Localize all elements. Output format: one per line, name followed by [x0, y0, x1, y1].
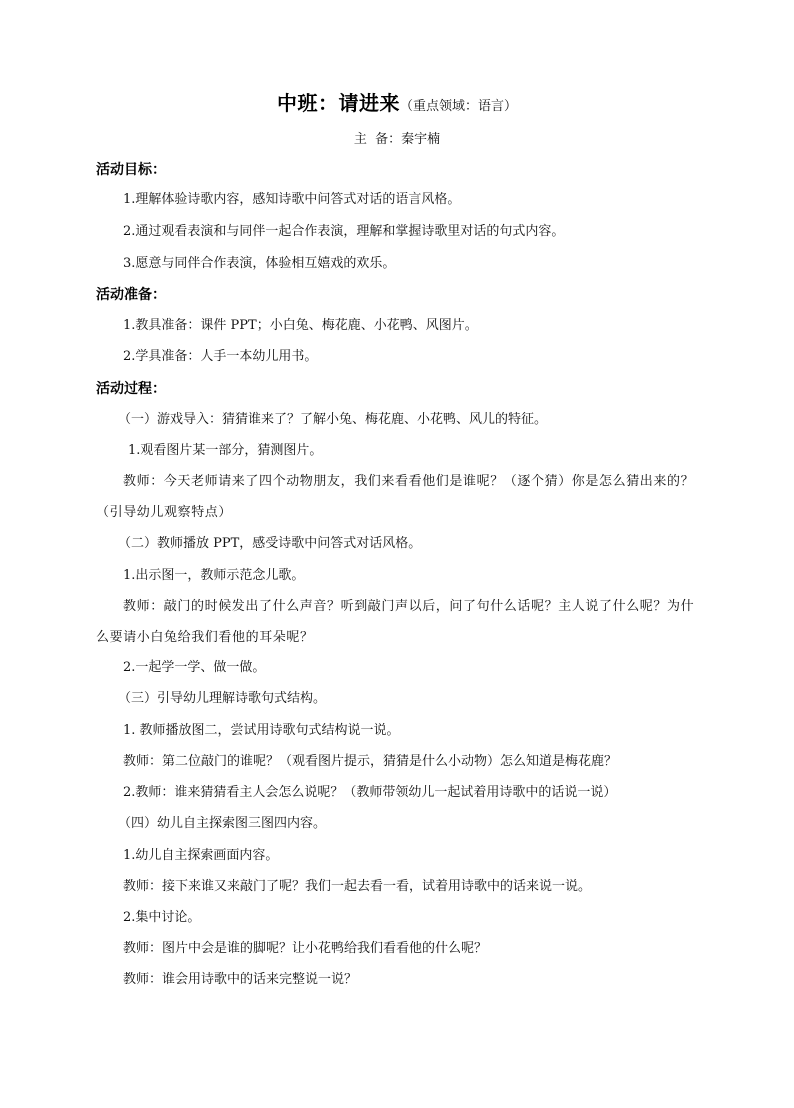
- process-line: 教师：第二位敲门的谁呢？（观看图片提示，猜猜是什么小动物）怎么知道是梅花鹿？: [123, 752, 617, 772]
- heading-goals: 活动目标：: [96, 160, 166, 180]
- document-page: 中班：请进来（重点领域：语言） 主 备：秦宇楠 活动目标： 1.理解体验诗歌内容…: [0, 0, 794, 1108]
- process-step-title: （一）游戏导入：猜猜谁来了？了解小兔、梅花鹿、小花鸭、风儿的特征。: [118, 410, 547, 430]
- process-line: 2.集中讨论。: [123, 908, 200, 928]
- preparation-item: 2.学具准备：人手一本幼儿用书。: [123, 347, 317, 367]
- process-line: 1. 教师播放图二，尝试用诗歌句式结构说一说。: [123, 721, 400, 741]
- title-domain: （重点领域：语言）: [400, 99, 517, 114]
- heading-preparation: 活动准备：: [96, 285, 166, 305]
- process-paragraph: 教师：今天老师请来了四个动物朋友，我们来看看他们是谁呢？（逐个猜）你是怎么猜出来…: [96, 466, 698, 528]
- process-step-title: （四）幼儿自主探索图三图四内容。: [118, 814, 326, 834]
- process-line: 教师：谁会用诗歌中的话来完整说一说？: [123, 970, 357, 990]
- process-line: 1.出示图一，教师示范念儿歌。: [123, 566, 304, 586]
- process-step-title: （二）教师播放 PPT，感受诗歌中问答式对话风格。: [118, 534, 421, 554]
- goal-item: 2.通过观看表演和与同伴一起合作表演，理解和掌握诗歌里对话的句式内容。: [123, 222, 564, 242]
- process-line: 2.教师：谁来猜猜看主人会怎么说呢？（教师带领幼儿一起试着用诗歌中的话说一说）: [123, 783, 616, 803]
- process-step-title: （三）引导幼儿理解诗歌句式结构。: [118, 689, 326, 709]
- process-line: 1.观看图片某一部分，猜测图片。: [128, 441, 322, 461]
- process-line: 1.幼儿自主探索画面内容。: [123, 846, 278, 866]
- goal-item: 3.愿意与同伴合作表演，体验相互嬉戏的欢乐。: [123, 254, 395, 274]
- document-title: 中班：请进来（重点领域：语言）: [0, 88, 794, 122]
- heading-process: 活动过程：: [96, 379, 166, 399]
- author-line: 主 备：秦宇楠: [0, 130, 794, 150]
- process-line: 教师：接下来谁又来敲门了呢？我们一起去看一看，试着用诗歌中的话来说一说。: [123, 877, 591, 897]
- process-paragraph: 教师：敲门的时候发出了什么声音？听到敲门声以后，问了句什么话呢？主人说了什么呢？…: [96, 591, 698, 653]
- goal-item: 1.理解体验诗歌内容，感知诗歌中问答式对话的语言风格。: [123, 190, 460, 210]
- process-line: 教师：图片中会是谁的脚呢？让小花鸭给我们看看他的什么呢？: [123, 939, 487, 959]
- preparation-item: 1.教具准备：课件 PPT；小白兔、梅花鹿、小花鸭、风图片。: [123, 316, 478, 336]
- title-main: 中班：请进来: [277, 91, 400, 115]
- process-line: 2.一起学一学、做一做。: [123, 658, 265, 678]
